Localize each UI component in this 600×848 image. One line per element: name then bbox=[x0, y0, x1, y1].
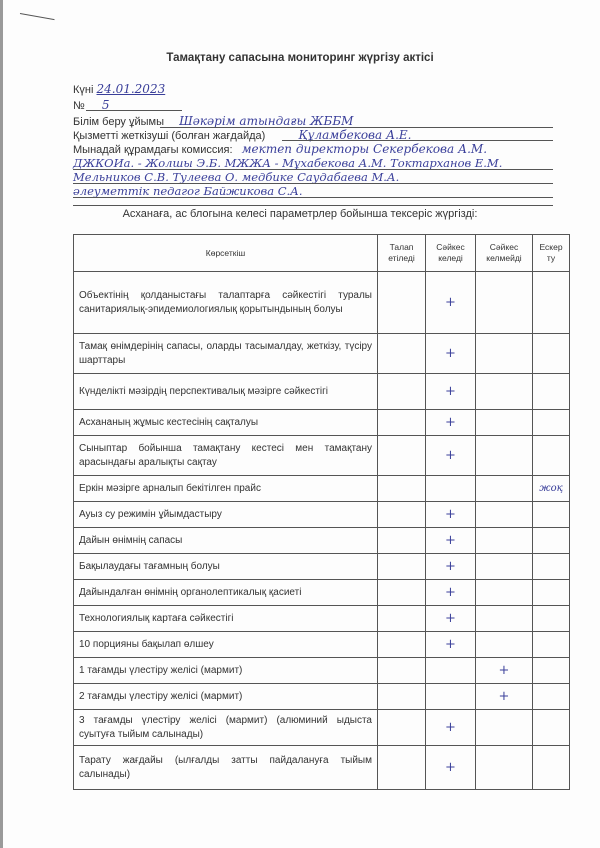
org-value[interactable]: Шәкәрім атындағы ЖББМ bbox=[179, 114, 353, 128]
compliant-cell[interactable]: + bbox=[426, 746, 476, 790]
header-note: Ескер ту bbox=[533, 235, 570, 272]
noncompliant-cell[interactable] bbox=[476, 710, 533, 746]
number-underline bbox=[86, 110, 182, 111]
header-indicator: Көрсеткіш bbox=[74, 235, 378, 272]
commission-line-3[interactable]: Мельников С.В. Тулеева О. медбике Саудаб… bbox=[73, 170, 399, 184]
org-field: Білім беру ұйымы Шәкәрім атындағы ЖББМ bbox=[73, 114, 353, 128]
table-row: 10 порцияны бақылап өлшеу+ bbox=[74, 632, 570, 658]
required-cell[interactable] bbox=[378, 272, 426, 334]
compliant-cell[interactable]: + bbox=[426, 410, 476, 436]
indicator-cell: Ауыз су режимін ұйымдастыру bbox=[74, 502, 378, 528]
compliant-cell[interactable]: + bbox=[426, 334, 476, 374]
table-row: 2 тағамды үлестіру желісі (мармит)+ bbox=[74, 684, 570, 710]
inspection-table: Көрсеткіш Талап етіледі Сәйкес келеді Сә… bbox=[73, 234, 570, 790]
noncompliant-cell[interactable] bbox=[476, 554, 533, 580]
noncompliant-cell[interactable] bbox=[476, 374, 533, 410]
required-cell[interactable] bbox=[378, 476, 426, 502]
indicator-cell: Дайындалған өнімнің органолептикалық қас… bbox=[74, 580, 378, 606]
noncompliant-cell[interactable] bbox=[476, 632, 533, 658]
commission-line-2[interactable]: ДЖКОИа. - Жолшы Э.Б. МЖЖА - Мұхабекова А… bbox=[73, 156, 502, 170]
noncompliant-cell[interactable] bbox=[476, 580, 533, 606]
table-row: Еркін мәзірге арналып бекітілген прайсжо… bbox=[74, 476, 570, 502]
compliant-cell[interactable] bbox=[426, 684, 476, 710]
compliant-cell[interactable]: + bbox=[426, 606, 476, 632]
noncompliant-cell[interactable] bbox=[476, 436, 533, 476]
note-cell[interactable]: жоқ bbox=[533, 476, 570, 502]
table-row: Дайындалған өнімнің органолептикалық қас… bbox=[74, 580, 570, 606]
pen-mark bbox=[20, 13, 55, 20]
note-cell[interactable] bbox=[533, 502, 570, 528]
commission-field: Мынадай құрамдағы комиссия: мектеп дирек… bbox=[73, 142, 487, 156]
header-compliant: Сәйкес келеді bbox=[426, 235, 476, 272]
indicator-cell: Технологиялық картаға сәйкестігі bbox=[74, 606, 378, 632]
note-cell[interactable] bbox=[533, 528, 570, 554]
scan-edge bbox=[0, 0, 3, 848]
table-row: Күнделікті мәзірдің перспективалық мәзір… bbox=[74, 374, 570, 410]
document-title: Тамақтану сапасына мониторинг жүргізу ак… bbox=[0, 52, 600, 64]
noncompliant-cell[interactable] bbox=[476, 476, 533, 502]
table-row: 3 тағамды үлестіру желісі (мармит) (алюм… bbox=[74, 710, 570, 746]
table-row: Тарату жағдайы (ылғалды затты пайдалануғ… bbox=[74, 746, 570, 790]
compliant-cell[interactable]: + bbox=[426, 374, 476, 410]
note-cell[interactable] bbox=[533, 580, 570, 606]
compliant-cell[interactable] bbox=[426, 476, 476, 502]
required-cell[interactable] bbox=[378, 528, 426, 554]
note-cell[interactable] bbox=[533, 684, 570, 710]
indicator-cell: Объектінің қолданыстағы талаптарға сәйке… bbox=[74, 272, 378, 334]
commission-underline-5 bbox=[73, 205, 553, 206]
note-cell[interactable] bbox=[533, 374, 570, 410]
table-row: Ауыз су режимін ұйымдастыру+ bbox=[74, 502, 570, 528]
indicator-cell: Асхананың жұмыс кестесінің сақталуы bbox=[74, 410, 378, 436]
required-cell[interactable] bbox=[378, 684, 426, 710]
indicator-cell: 1 тағамды үлестіру желісі (мармит) bbox=[74, 658, 378, 684]
required-cell[interactable] bbox=[378, 374, 426, 410]
note-cell[interactable] bbox=[533, 632, 570, 658]
noncompliant-cell[interactable] bbox=[476, 528, 533, 554]
table-row: Объектінің қолданыстағы талаптарға сәйке… bbox=[74, 272, 570, 334]
note-cell[interactable] bbox=[533, 606, 570, 632]
compliant-cell[interactable]: + bbox=[426, 502, 476, 528]
indicator-cell: Тарату жағдайы (ылғалды затты пайдалануғ… bbox=[74, 746, 378, 790]
compliant-cell[interactable]: + bbox=[426, 580, 476, 606]
supplier-underline bbox=[282, 140, 553, 141]
note-cell[interactable] bbox=[533, 554, 570, 580]
date-field: Күні 24.01.2023 bbox=[73, 82, 165, 96]
table-header-row: Көрсеткіш Талап етіледі Сәйкес келеді Сә… bbox=[74, 235, 570, 272]
required-cell[interactable] bbox=[378, 746, 426, 790]
org-label: Білім беру ұйымы bbox=[73, 116, 164, 128]
required-cell[interactable] bbox=[378, 502, 426, 528]
indicator-cell: Еркін мәзірге арналып бекітілген прайс bbox=[74, 476, 378, 502]
required-cell[interactable] bbox=[378, 632, 426, 658]
indicator-cell: 10 порцияны бақылап өлшеу bbox=[74, 632, 378, 658]
compliant-cell[interactable] bbox=[426, 658, 476, 684]
commission-underline-4 bbox=[73, 197, 553, 198]
note-cell[interactable] bbox=[533, 710, 570, 746]
noncompliant-cell[interactable]: + bbox=[476, 684, 533, 710]
note-cell[interactable] bbox=[533, 334, 570, 374]
inspection-intro: Асханаға, ас блогына келесі параметрлер … bbox=[0, 208, 600, 220]
note-cell[interactable] bbox=[533, 658, 570, 684]
compliant-cell[interactable]: + bbox=[426, 528, 476, 554]
note-cell[interactable] bbox=[533, 410, 570, 436]
table-row: Асхананың жұмыс кестесінің сақталуы+ bbox=[74, 410, 570, 436]
compliant-cell[interactable]: + bbox=[426, 554, 476, 580]
compliant-cell[interactable]: + bbox=[426, 436, 476, 476]
supplier-label: Қызметті жеткізуші (болған жағдайда) bbox=[73, 130, 265, 142]
indicator-cell: Күнделікті мәзірдің перспективалық мәзір… bbox=[74, 374, 378, 410]
noncompliant-cell[interactable] bbox=[476, 606, 533, 632]
note-cell[interactable] bbox=[533, 272, 570, 334]
required-cell[interactable] bbox=[378, 410, 426, 436]
note-cell[interactable] bbox=[533, 436, 570, 476]
required-cell[interactable] bbox=[378, 710, 426, 746]
header-noncompliant: Сәйкес келмейді bbox=[476, 235, 533, 272]
header-required: Талап етіледі bbox=[378, 235, 426, 272]
table-row: Технологиялық картаға сәйкестігі+ bbox=[74, 606, 570, 632]
noncompliant-cell[interactable] bbox=[476, 410, 533, 436]
table-row: Сыныптар бойынша тамақтану кестесі мен т… bbox=[74, 436, 570, 476]
indicator-cell: Бақылаудағы тағамның болуы bbox=[74, 554, 378, 580]
table-row: Тамақ өнімдерінің сапасы, оларды тасымал… bbox=[74, 334, 570, 374]
number-label: № bbox=[73, 100, 85, 112]
noncompliant-cell[interactable] bbox=[476, 272, 533, 334]
indicator-cell: 3 тағамды үлестіру желісі (мармит) (алюм… bbox=[74, 710, 378, 746]
commission-line-4[interactable]: әлеуметтік педагог Байжикова С.А. bbox=[73, 184, 303, 198]
indicator-cell: 2 тағамды үлестіру желісі (мармит) bbox=[74, 684, 378, 710]
indicator-cell: Сыныптар бойынша тамақтану кестесі мен т… bbox=[74, 436, 378, 476]
required-cell[interactable] bbox=[378, 436, 426, 476]
noncompliant-cell[interactable] bbox=[476, 502, 533, 528]
compliant-cell[interactable]: + bbox=[426, 632, 476, 658]
table-row: 1 тағамды үлестіру желісі (мармит)+ bbox=[74, 658, 570, 684]
table-row: Бақылаудағы тағамның болуы+ bbox=[74, 554, 570, 580]
compliant-cell[interactable]: + bbox=[426, 710, 476, 746]
indicator-cell: Тамақ өнімдерінің сапасы, оларды тасымал… bbox=[74, 334, 378, 374]
commission-label: Мынадай құрамдағы комиссия: bbox=[73, 144, 233, 156]
required-cell[interactable] bbox=[378, 580, 426, 606]
noncompliant-cell[interactable]: + bbox=[476, 658, 533, 684]
date-value[interactable]: 24.01.2023 bbox=[97, 82, 166, 96]
required-cell[interactable] bbox=[378, 658, 426, 684]
required-cell[interactable] bbox=[378, 334, 426, 374]
noncompliant-cell[interactable] bbox=[476, 746, 533, 790]
noncompliant-cell[interactable] bbox=[476, 334, 533, 374]
required-cell[interactable] bbox=[378, 554, 426, 580]
commission-line-1[interactable]: мектеп директоры Секербекова А.М. bbox=[242, 142, 487, 156]
note-cell[interactable] bbox=[533, 746, 570, 790]
required-cell[interactable] bbox=[378, 606, 426, 632]
indicator-cell: Дайын өнімнің сапасы bbox=[74, 528, 378, 554]
date-label: Күні bbox=[73, 84, 93, 96]
compliant-cell[interactable]: + bbox=[426, 272, 476, 334]
table-row: Дайын өнімнің сапасы+ bbox=[74, 528, 570, 554]
